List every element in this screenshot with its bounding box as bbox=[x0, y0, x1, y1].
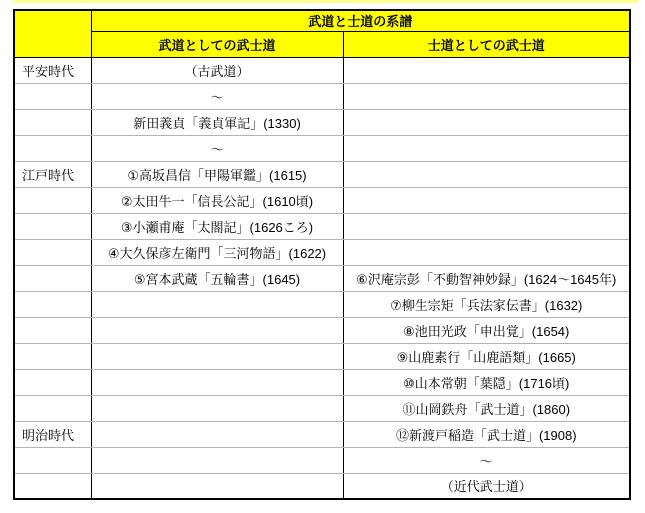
header-row-columns: 武道としての武士道 士道としての武士道 bbox=[14, 31, 630, 57]
table-row: ②太田牛一「信長公記」(1610頃) bbox=[14, 187, 630, 213]
budo-item-cell: 新田義貞「義貞軍記」(1330) bbox=[91, 109, 343, 135]
era-cell bbox=[14, 395, 91, 421]
budo-item-cell: ～ bbox=[91, 135, 343, 161]
shido-item-cell: ⑫新渡戸稲造「武士道」(1908) bbox=[343, 421, 630, 447]
budo-item-cell bbox=[91, 317, 343, 343]
budo-item-cell: ①高坂昌信「甲陽軍鑑」(1615) bbox=[91, 161, 343, 187]
table-row: ⑧池田光政「申出覚」(1654) bbox=[14, 317, 630, 343]
budo-item-cell: ④大久保彦左衛門「三河物語」(1622) bbox=[91, 239, 343, 265]
shido-item-cell bbox=[343, 213, 630, 239]
shido-item-cell: ⑪山岡鉄舟「武士道」(1860) bbox=[343, 395, 630, 421]
budo-item-cell bbox=[91, 421, 343, 447]
table-row: ⑦柳生宗矩「兵法家伝書」(1632) bbox=[14, 291, 630, 317]
shido-item-cell: ⑨山鹿素行「山鹿語類」(1665) bbox=[343, 343, 630, 369]
budo-shido-genealogy-table: 武道と士道の系譜 武道としての武士道 士道としての武士道 平安時代 （古武道） … bbox=[13, 9, 631, 500]
table-row: ④大久保彦左衛門「三河物語」(1622) bbox=[14, 239, 630, 265]
era-cell bbox=[14, 187, 91, 213]
era-cell bbox=[14, 473, 91, 499]
column-header-shido: 士道としての武士道 bbox=[343, 31, 630, 57]
budo-item-cell bbox=[91, 343, 343, 369]
era-cell bbox=[14, 109, 91, 135]
top-strip bbox=[13, 0, 638, 3]
shido-item-cell bbox=[343, 161, 630, 187]
table-row: ⑨山鹿素行「山鹿語類」(1665) bbox=[14, 343, 630, 369]
era-cell bbox=[14, 369, 91, 395]
shido-item-cell bbox=[343, 57, 630, 83]
budo-item-cell bbox=[91, 473, 343, 499]
column-header-budo: 武道としての武士道 bbox=[91, 31, 343, 57]
shido-item-cell bbox=[343, 135, 630, 161]
budo-item-cell: ③小瀬甫庵「太閤記」(1626ころ) bbox=[91, 213, 343, 239]
table-row: ⑪山岡鉄舟「武士道」(1860) bbox=[14, 395, 630, 421]
shido-item-cell: ～ bbox=[343, 447, 630, 473]
table-row: 明治時代 ⑫新渡戸稲造「武士道」(1908) bbox=[14, 421, 630, 447]
shido-item-cell: ⑥沢庵宗彭「不動智神妙録」(1624～1645年) bbox=[343, 265, 630, 291]
header-row-title: 武道と士道の系譜 bbox=[14, 10, 630, 31]
budo-item-cell: ②太田牛一「信長公記」(1610頃) bbox=[91, 187, 343, 213]
budo-item-cell bbox=[91, 447, 343, 473]
era-cell bbox=[14, 447, 91, 473]
table-row: ⑤宮本武蔵「五輪書」(1645) ⑥沢庵宗彭「不動智神妙録」(1624～1645… bbox=[14, 265, 630, 291]
era-cell bbox=[14, 343, 91, 369]
table-row: ～ bbox=[14, 135, 630, 161]
budo-item-cell: ⑤宮本武蔵「五輪書」(1645) bbox=[91, 265, 343, 291]
era-cell bbox=[14, 317, 91, 343]
shido-item-cell bbox=[343, 239, 630, 265]
shido-item-cell: ⑩山本常朝「葉隠」(1716頃) bbox=[343, 369, 630, 395]
era-cell bbox=[14, 83, 91, 109]
table-row: ③小瀬甫庵「太閤記」(1626ころ) bbox=[14, 213, 630, 239]
table-row: （近代武士道） bbox=[14, 473, 630, 499]
era-cell bbox=[14, 265, 91, 291]
budo-item-cell bbox=[91, 291, 343, 317]
table-title: 武道と士道の系譜 bbox=[91, 10, 630, 31]
table-row: 平安時代 （古武道） bbox=[14, 57, 630, 83]
era-cell bbox=[14, 213, 91, 239]
era-cell bbox=[14, 135, 91, 161]
shido-item-cell bbox=[343, 187, 630, 213]
era-cell: 平安時代 bbox=[14, 57, 91, 83]
era-cell bbox=[14, 291, 91, 317]
shido-item-cell bbox=[343, 109, 630, 135]
table-row: ～ bbox=[14, 447, 630, 473]
era-cell: 明治時代 bbox=[14, 421, 91, 447]
era-cell: 江戸時代 bbox=[14, 161, 91, 187]
shido-item-cell: ⑦柳生宗矩「兵法家伝書」(1632) bbox=[343, 291, 630, 317]
table-row: 新田義貞「義貞軍記」(1330) bbox=[14, 109, 630, 135]
budo-item-cell: （古武道） bbox=[91, 57, 343, 83]
era-column-header bbox=[14, 10, 91, 57]
table-row: ～ bbox=[14, 83, 630, 109]
budo-item-cell bbox=[91, 395, 343, 421]
budo-item-cell: ～ bbox=[91, 83, 343, 109]
era-cell bbox=[14, 239, 91, 265]
shido-item-cell: ⑧池田光政「申出覚」(1654) bbox=[343, 317, 630, 343]
budo-item-cell bbox=[91, 369, 343, 395]
table-row: 江戸時代 ①高坂昌信「甲陽軍鑑」(1615) bbox=[14, 161, 630, 187]
table-row: ⑩山本常朝「葉隠」(1716頃) bbox=[14, 369, 630, 395]
shido-item-cell: （近代武士道） bbox=[343, 473, 630, 499]
shido-item-cell bbox=[343, 83, 630, 109]
